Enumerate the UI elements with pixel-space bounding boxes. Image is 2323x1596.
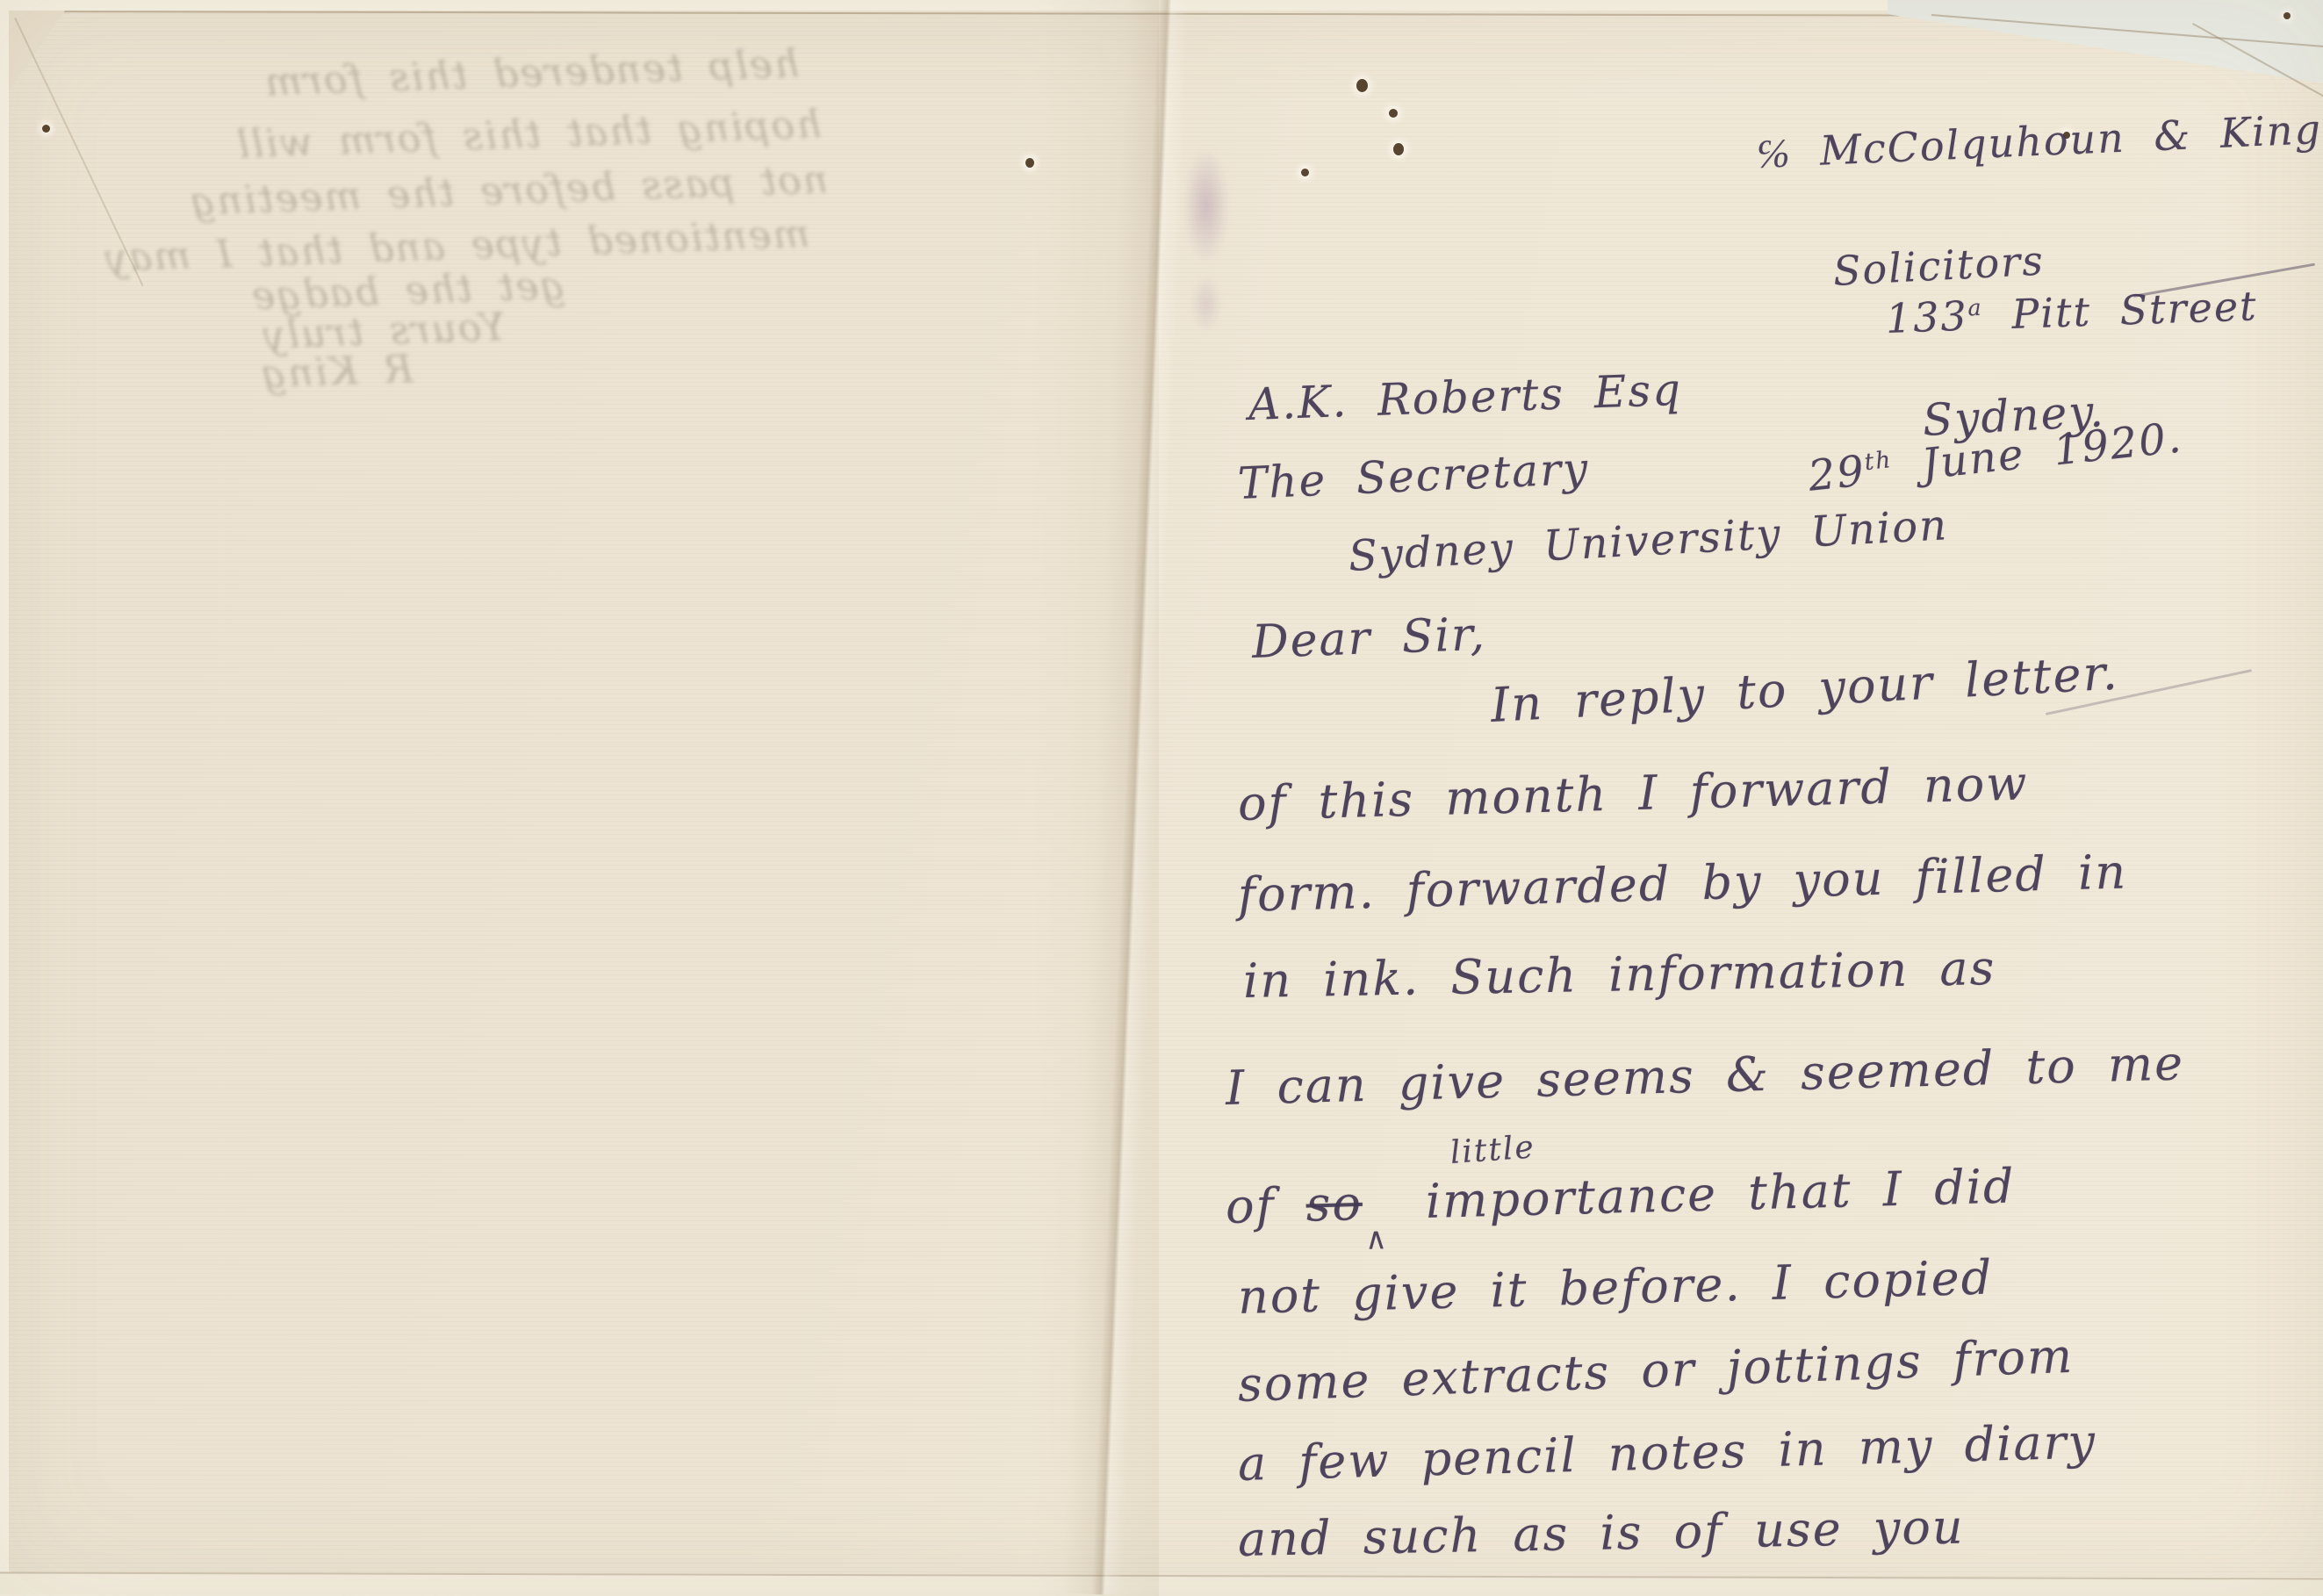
pin-hole	[1356, 79, 1368, 92]
pin-hole	[1389, 109, 1398, 118]
date-day: 29	[1806, 446, 1868, 500]
showthrough-signature: R King	[259, 347, 414, 397]
paper-speck	[1301, 169, 1309, 176]
scan-edge-top	[0, 0, 1958, 11]
paper-speck	[1025, 158, 1034, 168]
struck-out-word: so	[1305, 1175, 1363, 1233]
street-number: 133	[1885, 292, 1969, 342]
pin-hole	[1393, 143, 1404, 155]
date-ordinal: th	[1863, 446, 1894, 476]
street-name: Pitt Street	[1982, 282, 2258, 339]
insertion-caret: ∧	[1364, 1221, 1389, 1257]
salutation: Dear Sir,	[1251, 608, 1487, 669]
paper-speck	[2283, 12, 2291, 19]
scan-edge-left	[0, 0, 9, 1596]
letter-scan: help tendered this form hoping that this…	[0, 0, 2323, 1596]
line6-prefix: of	[1225, 1177, 1306, 1234]
inserted-word: little	[1449, 1129, 1536, 1171]
street-superscript: a	[1967, 295, 1983, 321]
paper-speck	[42, 125, 50, 133]
